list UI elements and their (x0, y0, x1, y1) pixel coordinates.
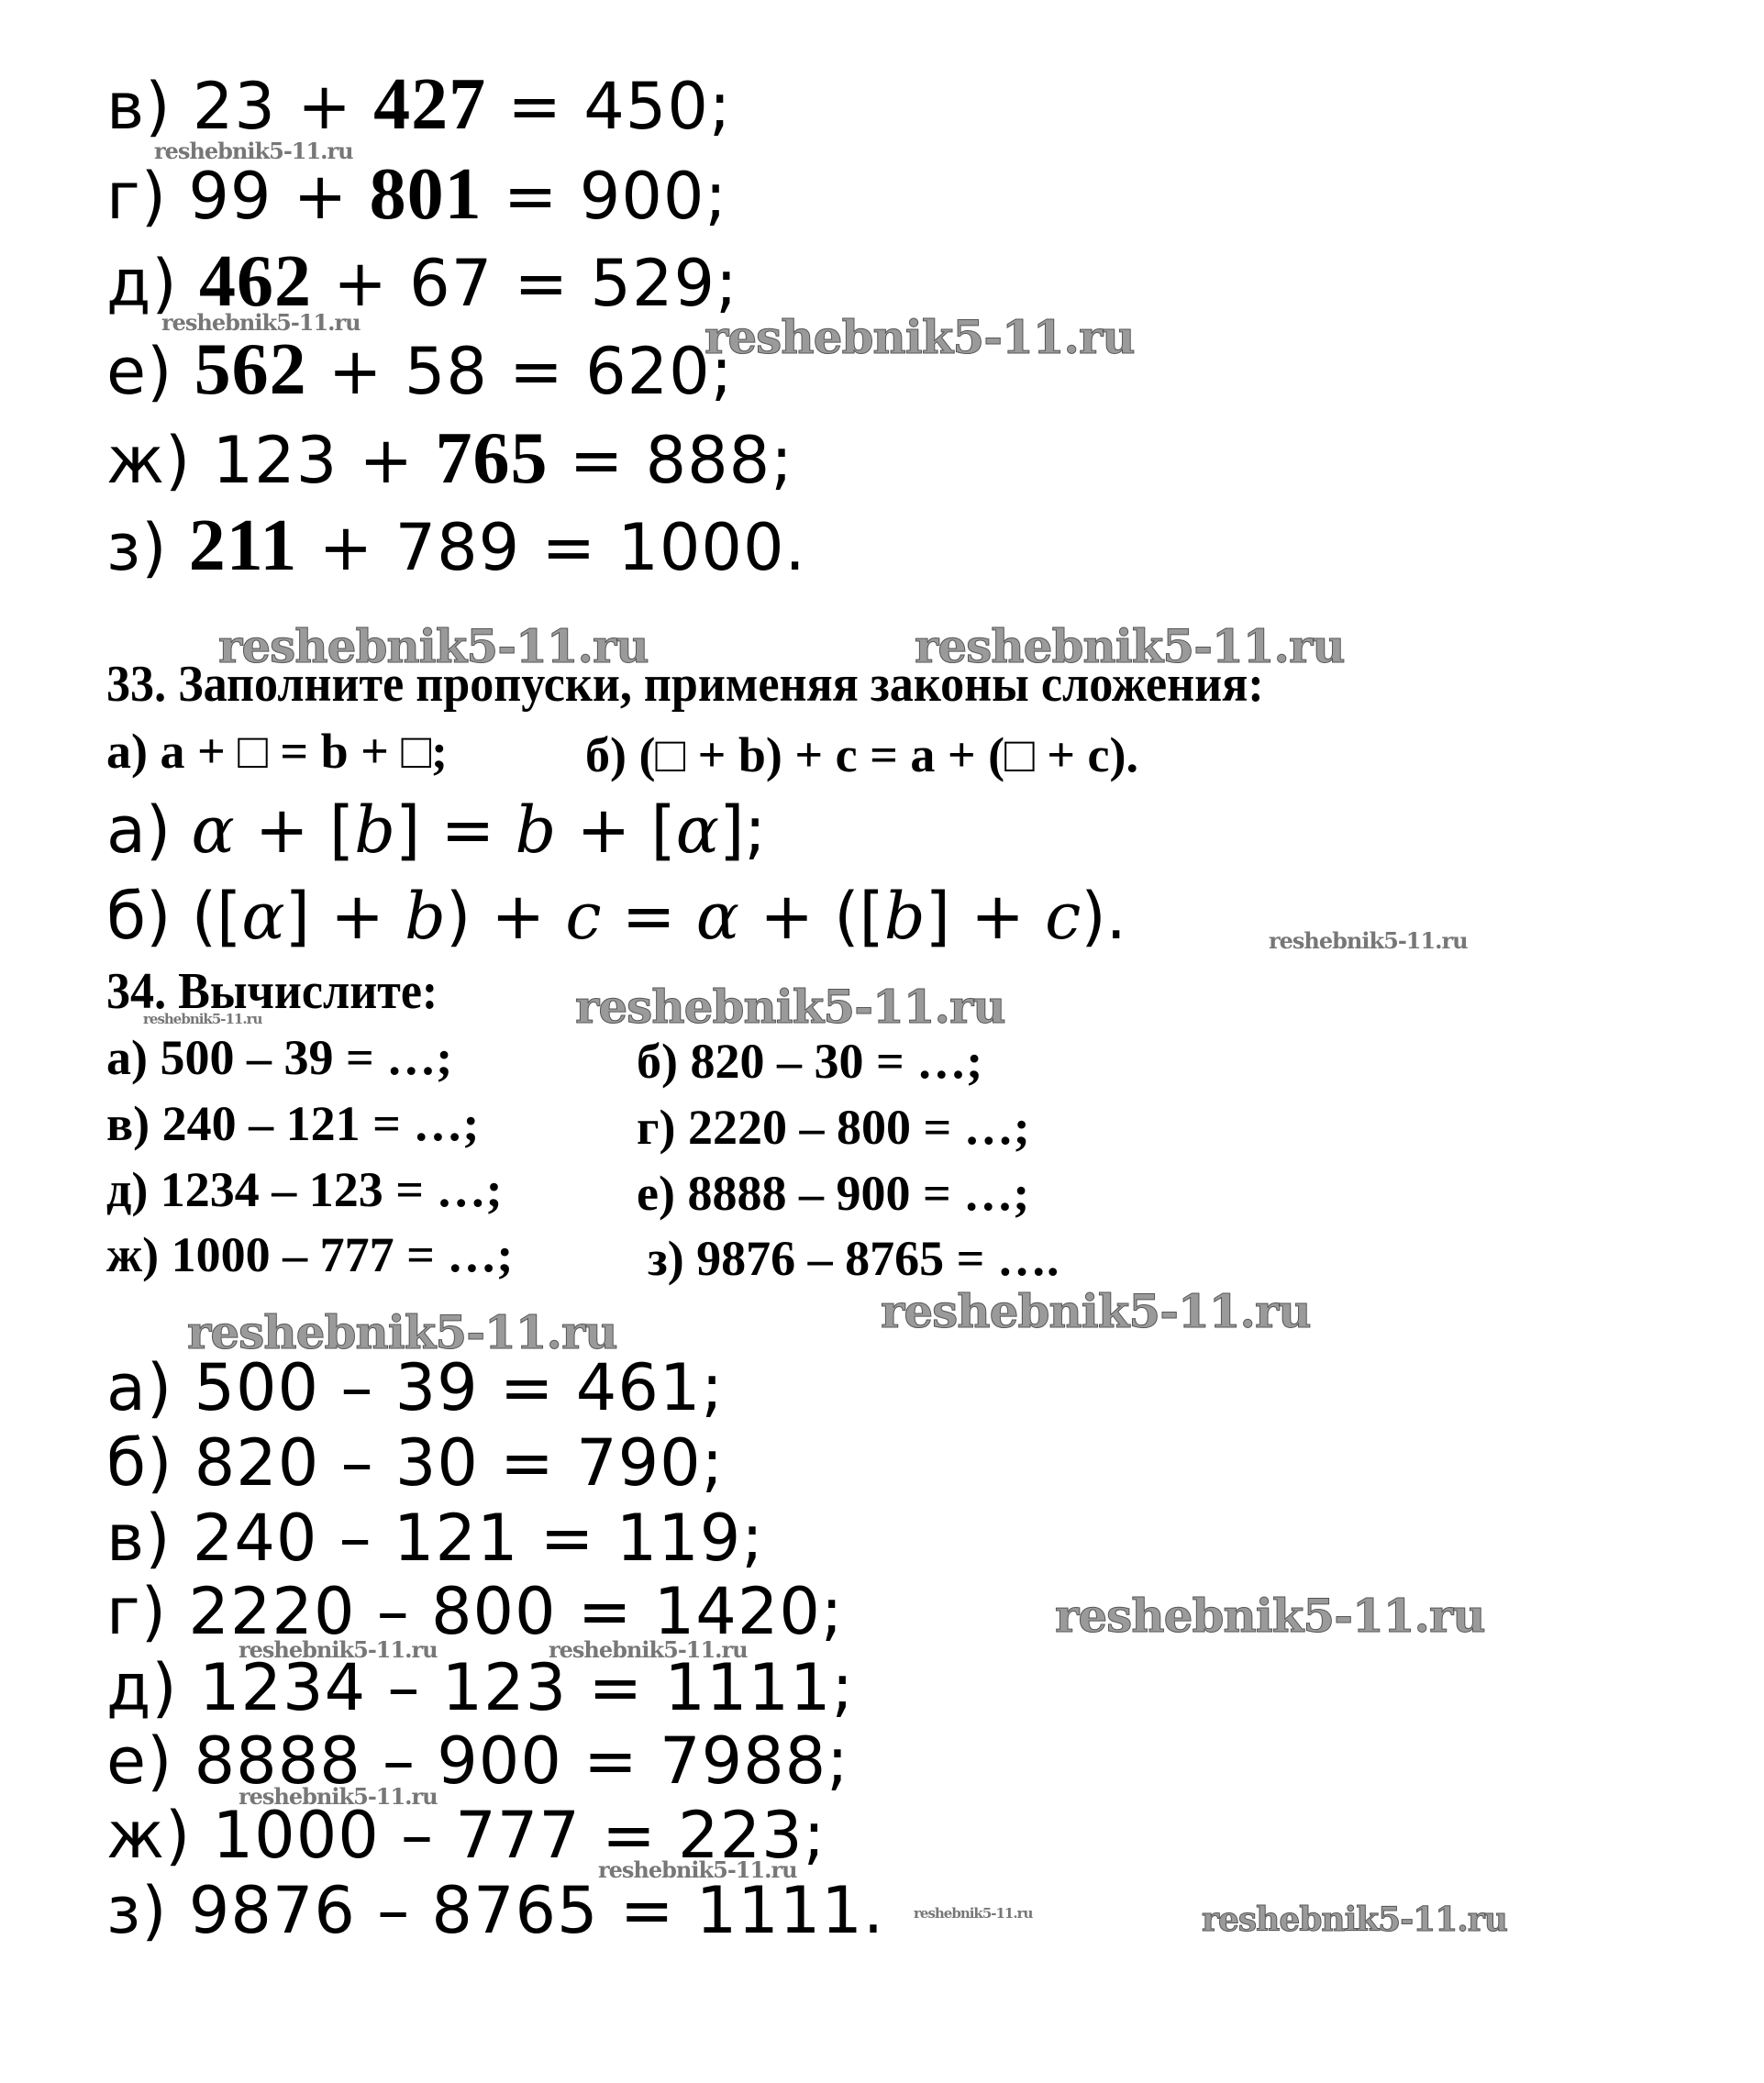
section-34-problem-b: б) 820 – 30 = …; (637, 1033, 982, 1090)
watermark: reshebnik5-11.ru (704, 310, 1135, 364)
section-34-problem-e: е) 8888 – 900 = …; (637, 1165, 1029, 1222)
section-34-answer-z: з) 9876 – 8765 = 1111. (106, 1878, 884, 1943)
section-34-answer-d: д) 1234 – 123 = 1111; (106, 1656, 854, 1720)
watermark: reshebnik5-11.ru (915, 619, 1345, 673)
watermark: reshebnik5-11.ru (1055, 1589, 1485, 1643)
section-34-answer-a: а) 500 – 39 = 461; (106, 1356, 724, 1420)
watermark: reshebnik5-11.ru (154, 138, 353, 164)
section-34-answer-g: г) 2220 – 800 = 1420; (106, 1579, 843, 1644)
watermark: reshebnik5-11.ru (161, 309, 361, 336)
answer-line-z: з) 211 + 789 = 1000. (106, 509, 806, 582)
watermark: reshebnik5-11.ru (143, 1011, 261, 1027)
section-34-answer-e: е) 8888 – 900 = 7988; (106, 1729, 849, 1793)
answer-line-g: г) 99 + 801 = 900; (106, 158, 727, 231)
section-34-title: 34. Вычислите: (106, 966, 438, 1017)
section-33-problem-a: а) a + □ = b + □; (106, 726, 448, 776)
section-34-problem-a: а) 500 – 39 = …; (106, 1033, 452, 1082)
answer-line-v: в) 23 + 427 = 450; (106, 68, 731, 141)
watermark: reshebnik5-11.ru (598, 1856, 797, 1883)
section-34-problem-zh: ж) 1000 – 777 = …; (106, 1230, 513, 1280)
section-34-problem-z: з) 9876 – 8765 = …. (648, 1230, 1059, 1287)
section-33-answer-b: б) ([α] + b) + c = α + ([b] + c). (106, 884, 1126, 948)
section-34-problem-v: в) 240 – 121 = …; (106, 1099, 479, 1148)
watermark: reshebnik5-11.ru (187, 1305, 617, 1359)
watermark: reshebnik5-11.ru (881, 1284, 1311, 1338)
watermark: reshebnik5-11.ru (218, 619, 649, 673)
watermark: reshebnik5-11.ru (1202, 1900, 1507, 1939)
section-34-problem-g: г) 2220 – 800 = …; (637, 1099, 1030, 1156)
watermark: reshebnik5-11.ru (239, 1783, 438, 1810)
section-34-answer-b: б) 820 – 30 = 790; (106, 1431, 724, 1495)
section-34-answer-v: в) 240 – 121 = 119; (106, 1506, 764, 1570)
section-33-answer-a: а) α + [b] = b + [α]; (106, 798, 766, 862)
answer-line-zh: ж) 123 + 765 = 888; (106, 422, 793, 495)
watermark: reshebnik5-11.ru (1269, 927, 1468, 954)
answer-line-e: е) 562 + 58 = 620; (106, 333, 733, 406)
watermark: reshebnik5-11.ru (549, 1636, 748, 1663)
section-34-problem-d: д) 1234 – 123 = …; (106, 1165, 503, 1214)
watermark: reshebnik5-11.ru (914, 1905, 1032, 1922)
section-33-problem-b: б) (□ + b) + c = a + (□ + c). (585, 726, 1138, 783)
watermark: reshebnik5-11.ru (239, 1636, 438, 1663)
watermark: reshebnik5-11.ru (575, 980, 1005, 1034)
answer-line-d: д) 462 + 67 = 529; (106, 245, 738, 318)
